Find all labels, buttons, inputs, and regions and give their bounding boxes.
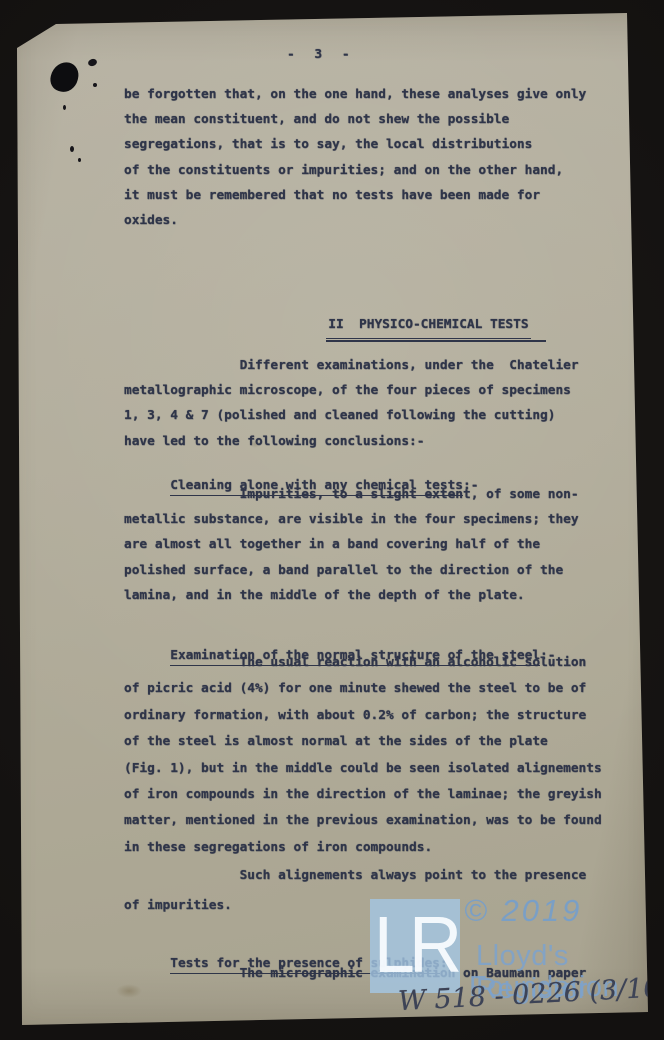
paper-speck	[63, 105, 66, 110]
page-number: - 3 -	[287, 47, 356, 62]
paper-speck	[78, 158, 81, 162]
paragraph-impurities: Impurities, to a slight extent, of some …	[124, 482, 579, 608]
section-heading-wrap: II PHYSICO-CHEMICAL TESTS	[280, 298, 531, 357]
section-heading: II PHYSICO-CHEMICAL TESTS	[326, 316, 530, 339]
paper-speck	[70, 146, 74, 152]
scanner-background: - 3 - be forgotten that, on the one hand…	[0, 0, 664, 1040]
paragraph-examinations: Different examinations, under the Chatel…	[124, 353, 579, 454]
paper-speck	[93, 83, 97, 87]
document-page: - 3 - be forgotten that, on the one hand…	[0, 0, 664, 1040]
punch-hole	[48, 59, 81, 95]
paper-speck	[87, 58, 98, 68]
paragraph-picric-acid: The usual reaction with an alcoholic sol…	[124, 650, 602, 861]
paragraph-analyses: be forgotten that, on the one hand, thes…	[124, 82, 586, 233]
paragraph-alignements: Such alignements always point to the pre…	[124, 861, 586, 921]
